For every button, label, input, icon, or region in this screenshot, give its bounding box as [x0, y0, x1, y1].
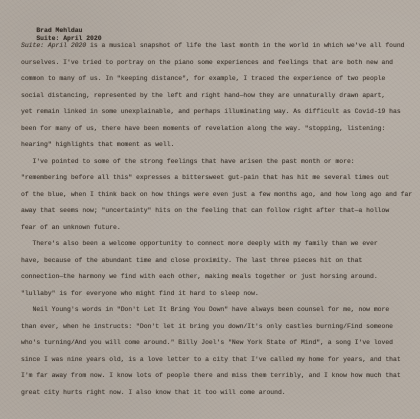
text-line: ourselves. I've tried to portray on the …: [21, 55, 420, 72]
text-line: There's also been a welcome opportunity …: [21, 236, 420, 253]
text-line: Neil Young's words in "Don't Let It Brin…: [21, 302, 420, 319]
text-line: great city hurts right now. I also know …: [21, 385, 420, 402]
text-line: fear of an unknown future.: [21, 220, 420, 237]
text-line: Suite: April 2020 is a musical snapshot …: [21, 38, 420, 55]
text-line: social distancing, represented by the le…: [21, 88, 420, 105]
artist-name: Brad Mehldau: [36, 27, 82, 34]
text-line: connection—the harmony we find with each…: [21, 269, 420, 286]
liner-notes-page: Brad Mehldau Suite: April 2020 Suite: Ap…: [0, 0, 420, 419]
text-line: I've pointed to some of the strong feeli…: [21, 154, 420, 171]
text-line: than ever, when he instructs: "Don't let…: [21, 319, 420, 336]
text-line: yet remain linked in some unexplainable,…: [21, 104, 420, 121]
text-line: "remembering before all this" expresses …: [21, 170, 420, 187]
text-line: I'm far away from now. I know lots of pe…: [21, 368, 420, 385]
text-line: have, because of the abundant time and c…: [21, 253, 420, 270]
text-line: "lullaby" is for everyone who might find…: [21, 286, 420, 303]
text-line: been for many of us, there have been mom…: [21, 121, 420, 138]
document-body: Suite: April 2020 is a musical snapshot …: [21, 38, 420, 401]
text-line: since I was nine years old, is a love le…: [21, 352, 420, 369]
page-header: Brad Mehldau Suite: April 2020: [21, 19, 102, 27]
text-line: away that seems now; "uncertainty" hits …: [21, 203, 420, 220]
text-line: hearing" highlights that moment as well.: [21, 137, 420, 154]
text-line: of the blue, when I think back on how th…: [21, 187, 420, 204]
text-line: who's turning/And you will come around."…: [21, 335, 420, 352]
text-line: common to many of us. In "keeping distan…: [21, 71, 420, 88]
